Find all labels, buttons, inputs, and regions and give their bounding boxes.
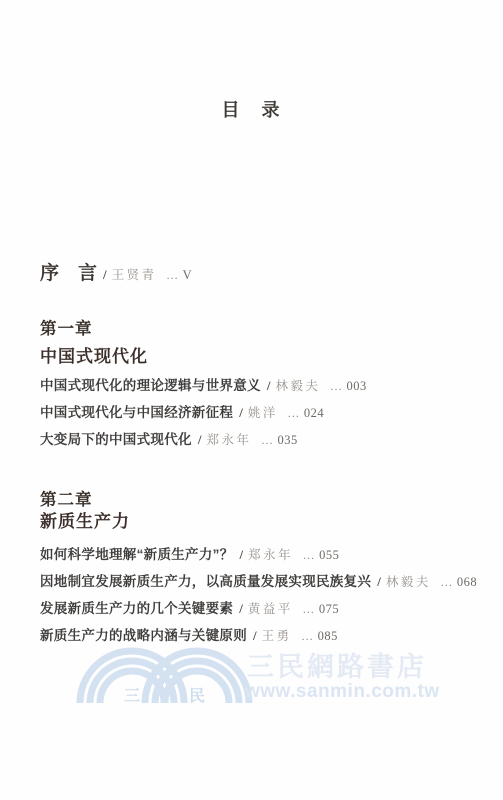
- slash-separator: /: [103, 267, 107, 283]
- slash-separator: /: [377, 574, 381, 590]
- toc-entry: 大变局下的中国式现代化 / 郑永年 ... 035: [40, 428, 298, 448]
- toc-entry: 发展新质生产力的几个关键要素 / 黄益平 ... 075: [40, 597, 339, 617]
- logo-char-right: 民: [189, 687, 205, 705]
- slash-separator: /: [239, 601, 243, 617]
- slash-separator: /: [267, 378, 271, 394]
- page-title: 目 录: [0, 96, 503, 122]
- slash-separator: /: [253, 628, 257, 644]
- entry-author: 王勇: [262, 626, 292, 644]
- slash-separator: /: [239, 405, 243, 421]
- toc-entry: 新质生产力的战略内涵与关键原则 / 王勇 ... 085: [40, 624, 338, 644]
- toc-entry: 如何科学地理解“新质生产力”？ / 郑永年 ... 055: [40, 543, 339, 563]
- toc-entry: 中国式现代化与中国经济新征程 / 姚洋 ... 024: [40, 401, 324, 421]
- entry-page-number: 068: [457, 575, 477, 590]
- chapter-1-label: 第一章: [40, 315, 93, 339]
- preface-row: 序 言 / 王贤青 ... V: [40, 258, 192, 285]
- entry-title: 新质生产力的战略内涵与关键原则: [40, 624, 247, 644]
- slash-separator: /: [198, 432, 202, 448]
- entry-page-number: 085: [318, 629, 338, 644]
- entry-author: 姚洋: [248, 403, 278, 421]
- entry-title: 中国式现代化与中国经济新征程: [40, 401, 233, 421]
- entry-author: 郑永年: [248, 545, 293, 563]
- entry-page-number: 075: [319, 602, 339, 617]
- entry-title: 中国式现代化的理论逻辑与世界意义: [40, 374, 261, 394]
- leader-dots: ...: [302, 629, 314, 644]
- leader-dots: ...: [167, 268, 179, 283]
- toc-entry: 因地制宜发展新质生产力，以高质量发展实现民族复兴 / 林毅夫 ... 068: [40, 570, 477, 590]
- entry-author: 黄益平: [248, 599, 293, 617]
- entry-title: 如何科学地理解“新质生产力”？: [40, 543, 234, 563]
- entry-page-number: 024: [304, 406, 324, 421]
- entry-page-number: 035: [277, 433, 297, 448]
- chapter-2-name: 新质生产力: [40, 507, 130, 532]
- book-toc-page: 目 录 序 言 / 王贤青 ... V 第一章 中国式现代化 中国式现代化的理论…: [0, 0, 503, 800]
- entry-page-number: 055: [319, 548, 339, 563]
- leader-dots: ...: [288, 406, 300, 421]
- toc-entry: 中国式现代化的理论逻辑与世界意义 / 林毅夫 ... 003: [40, 374, 367, 394]
- entry-author: 林毅夫: [386, 572, 431, 590]
- entry-title: 发展新质生产力的几个关键要素: [40, 597, 233, 617]
- preface-author: 王贤青: [112, 265, 157, 283]
- preface-page-number: V: [183, 268, 193, 283]
- preface-label: 序 言: [40, 258, 97, 285]
- entry-title: 因地制宜发展新质生产力，以高质量发展实现民族复兴: [40, 570, 371, 590]
- slash-separator: /: [240, 547, 244, 563]
- bookstore-name-watermark: 三民網路書店: [247, 645, 427, 684]
- chapter-1-name: 中国式现代化: [40, 342, 148, 367]
- bookstore-url-watermark: www.sanmin.com.tw: [245, 681, 440, 703]
- leader-dots: ...: [303, 602, 315, 617]
- leader-dots: ...: [330, 379, 342, 394]
- bookstore-watermark: 三 民 三民網路書店 www.sanmin.com.tw: [0, 643, 503, 705]
- entry-page-number: 003: [346, 379, 366, 394]
- leader-dots: ...: [303, 548, 315, 563]
- entry-title: 大变局下的中国式现代化: [40, 428, 192, 448]
- entry-author: 郑永年: [206, 430, 251, 448]
- leader-dots: ...: [261, 433, 273, 448]
- logo-char-left: 三: [124, 687, 140, 705]
- leader-dots: ...: [441, 575, 453, 590]
- sanmin-rainbow-logo-icon: 三 民: [72, 643, 262, 705]
- entry-author: 林毅夫: [275, 376, 320, 394]
